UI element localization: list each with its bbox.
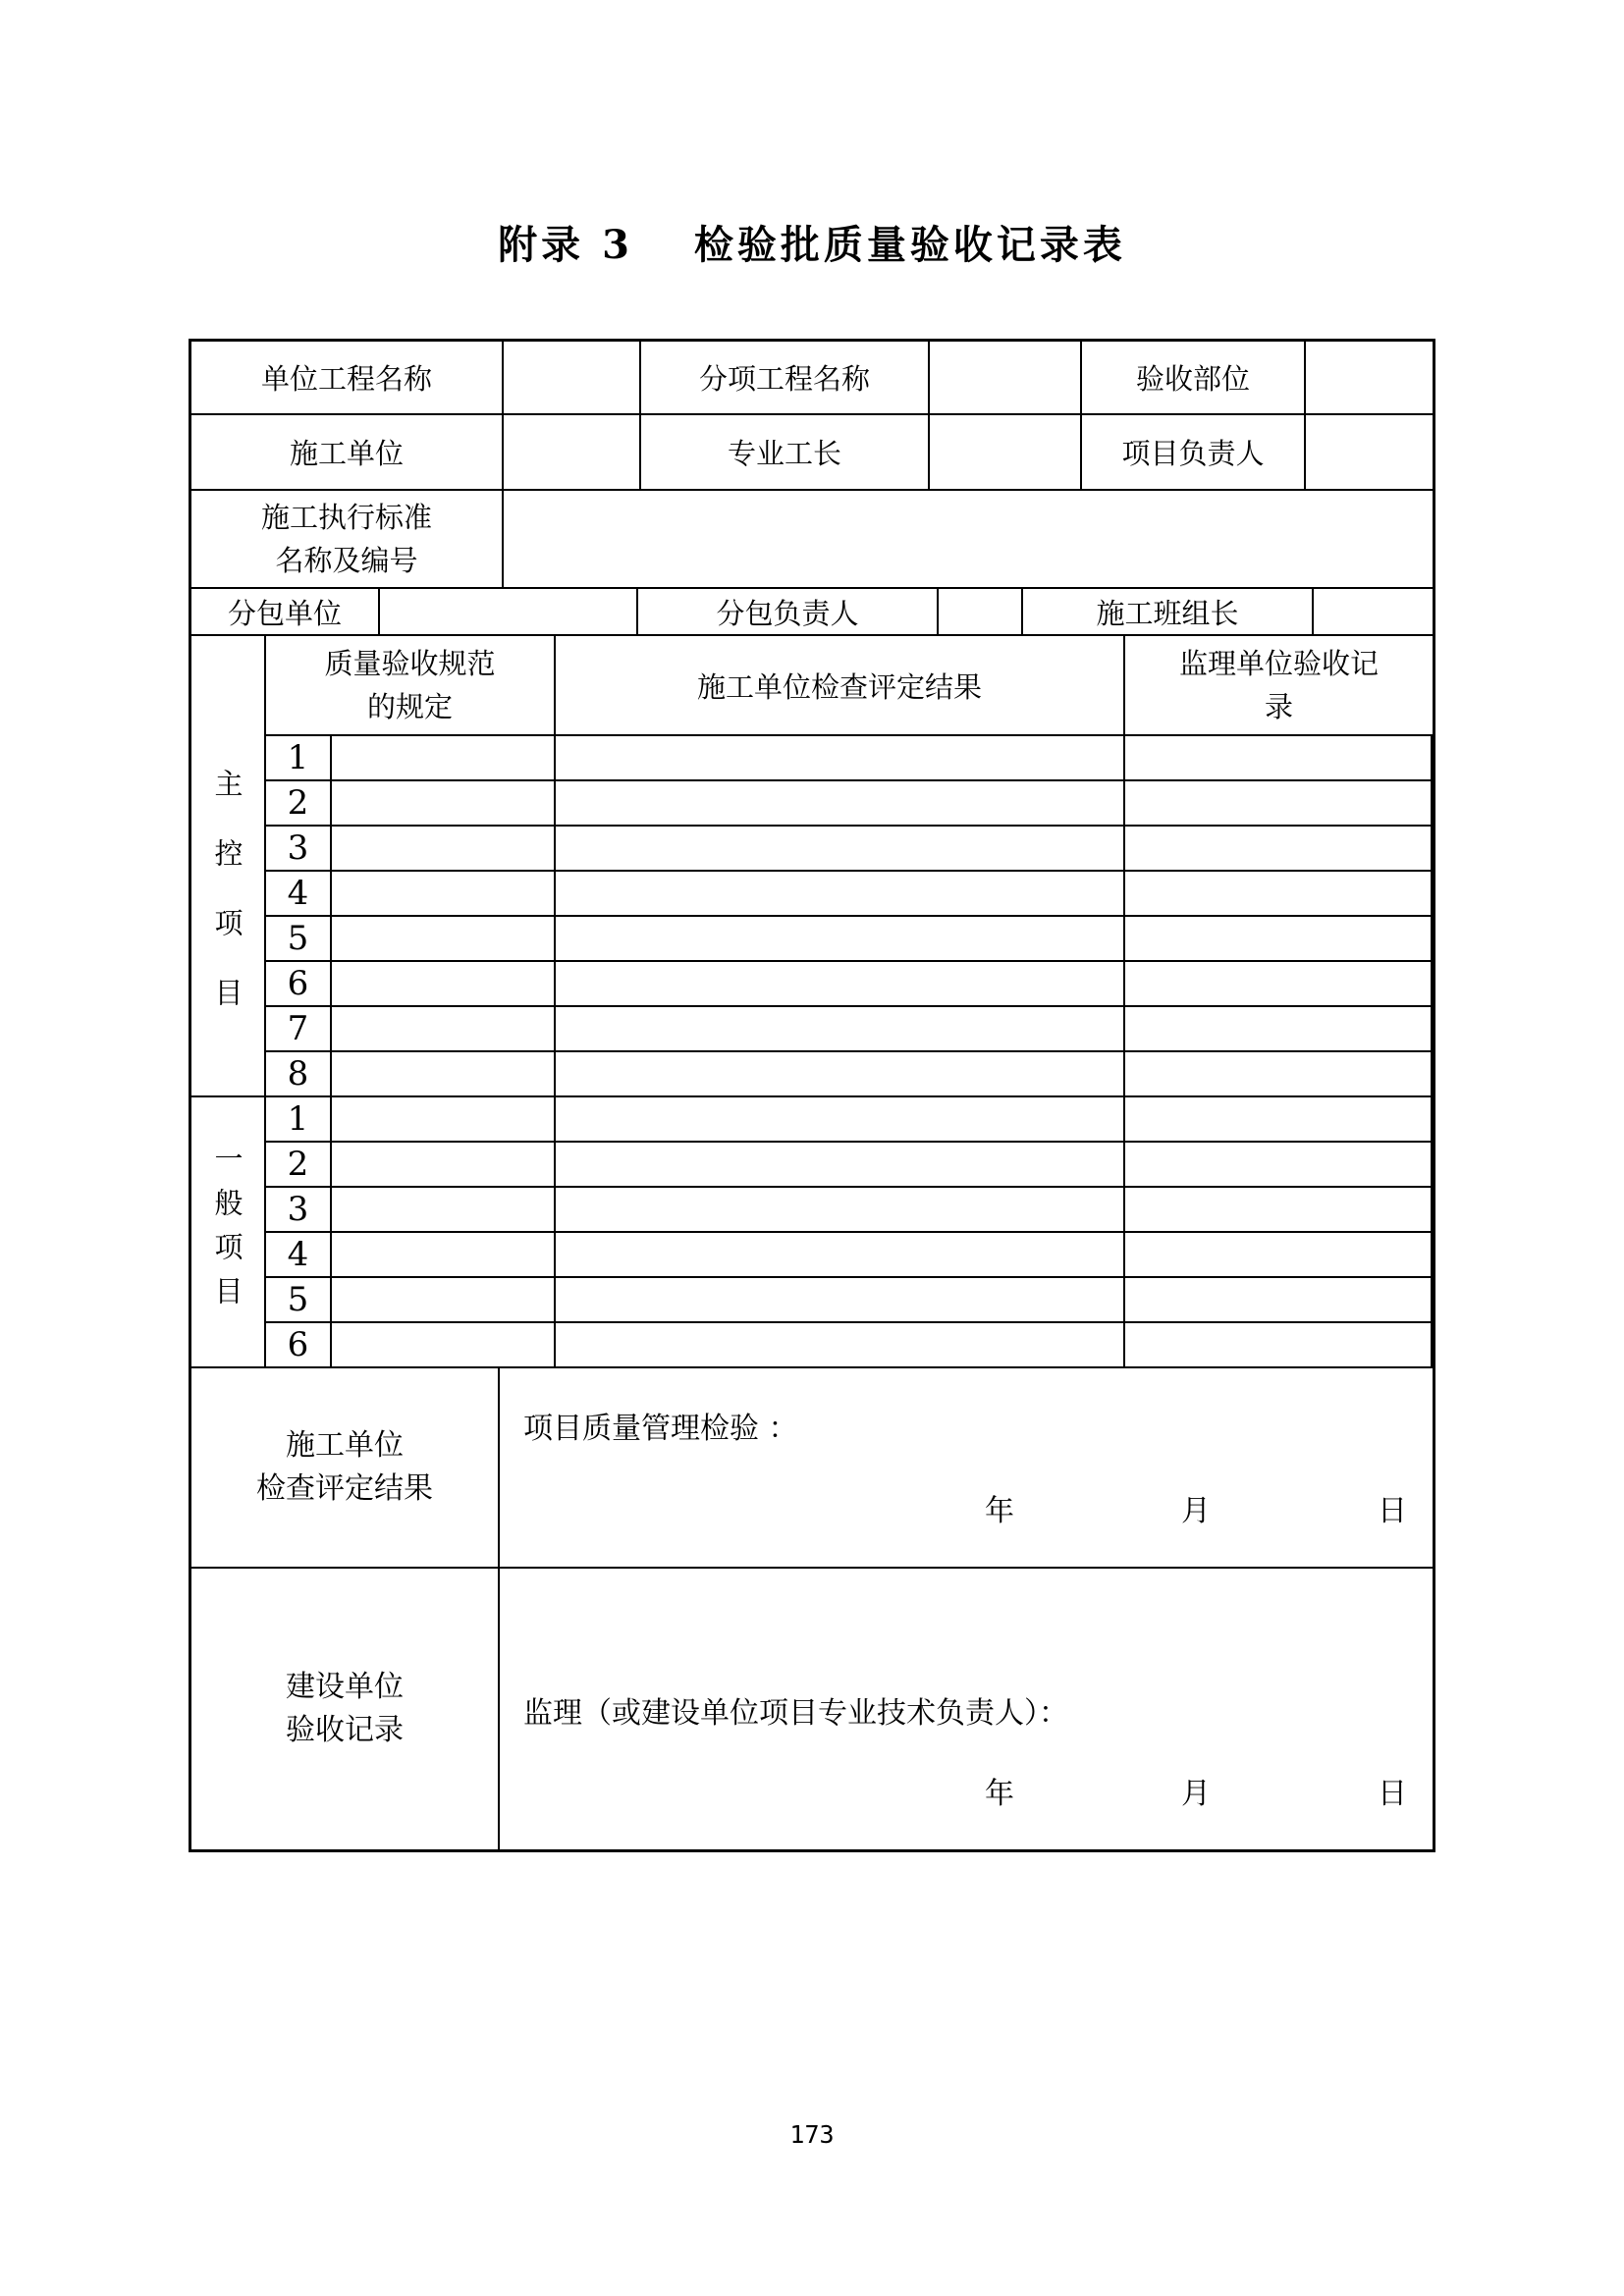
supervision-record-cell — [1125, 1323, 1433, 1368]
item-row: 6 — [266, 1323, 1433, 1368]
supervision-record-cell — [1125, 1007, 1433, 1052]
day-label: 日 — [1378, 1486, 1407, 1529]
spec-requirement-cell — [332, 781, 556, 827]
check-result-cell — [556, 962, 1125, 1007]
grid-header-row: 质量验收规范 的规定 施工单位检查评定结果 监理单位验收记 录 — [266, 636, 1433, 736]
spec-requirement-cell — [332, 1278, 556, 1323]
year-label: 年 — [985, 1769, 1014, 1812]
builder-check-result-label: 施工单位 检查评定结果 — [191, 1368, 500, 1569]
spec-requirement-cell — [332, 962, 556, 1007]
spec-requirement-cell — [332, 917, 556, 962]
construction-unit-label: 施工单位 — [191, 415, 504, 491]
check-result-cell — [556, 872, 1125, 917]
item-number-cell: 6 — [266, 1323, 332, 1368]
item-row: 2 — [266, 781, 1433, 827]
supervision-record-header: 监理单位验收记 录 — [1125, 636, 1433, 736]
owner-date-line: 年 月 日 — [500, 1769, 1433, 1849]
item-number-cell: 1 — [266, 1097, 332, 1143]
quality-management-check-line: 项目质量管理检验 ： — [500, 1368, 1433, 1447]
item-number-cell: 6 — [266, 962, 332, 1007]
item-row: 3 — [266, 827, 1433, 872]
supervision-record-cell — [1125, 736, 1433, 781]
owner-acceptance-record-content: 监理（或建设单位项目专业技术负责人）： 年 月 日 — [500, 1569, 1433, 1849]
info-row-unit-project: 单位工程名称 分项工程名称 验收部位 — [191, 342, 1433, 415]
check-result-cell — [556, 917, 1125, 962]
execution-standard-label: 施工执行标准 名称及编号 — [191, 491, 504, 589]
subcontractor-label: 分包单位 — [191, 589, 380, 636]
construction-crew-leader-value — [1314, 589, 1433, 636]
check-result-cell — [556, 1233, 1125, 1278]
item-row: 6 — [266, 962, 1433, 1007]
page-title: 附录 3 检验批质量验收记录表 — [0, 214, 1624, 270]
supervision-record-cell — [1125, 917, 1433, 962]
check-result-cell — [556, 736, 1125, 781]
subcontract-manager-value — [939, 589, 1023, 636]
sub-item-project-name-label: 分项工程名称 — [641, 342, 930, 415]
spec-requirement-cell — [332, 1323, 556, 1368]
construction-crew-leader-label: 施工班组长 — [1023, 589, 1314, 636]
project-manager-label: 项目负责人 — [1082, 415, 1306, 491]
supervision-record-cell — [1125, 1278, 1433, 1323]
info-row-construction-unit: 施工单位 专业工长 项目负责人 — [191, 415, 1433, 491]
document-page: 附录 3 检验批质量验收记录表 单位工程名称 分项工程名称 验收部位 施工单位 … — [0, 0, 1624, 2296]
item-row: 2 — [266, 1143, 1433, 1188]
item-number-cell: 4 — [266, 1233, 332, 1278]
supervision-record-cell — [1125, 1188, 1433, 1233]
professional-foreman-value — [930, 415, 1082, 491]
builder-check-result-content: 项目质量管理检验 ： 年 月 日 — [500, 1368, 1433, 1569]
item-row: 5 — [266, 917, 1433, 962]
professional-foreman-label: 专业工长 — [641, 415, 930, 491]
item-row: 1 — [266, 736, 1433, 781]
supervision-record-cell — [1125, 1097, 1433, 1143]
supervision-record-cell — [1125, 781, 1433, 827]
project-manager-value — [1306, 415, 1433, 491]
item-number-cell: 7 — [266, 1007, 332, 1052]
owner-acceptance-record-label: 建设单位 验收记录 — [191, 1569, 500, 1849]
supervision-record-cell — [1125, 1233, 1433, 1278]
item-row: 7 — [266, 1007, 1433, 1052]
check-result-cell — [556, 1097, 1125, 1143]
supervisor-signature-line: 监理（或建设单位项目专业技术负责人）： — [500, 1569, 1433, 1732]
item-number-cell: 8 — [266, 1052, 332, 1097]
builder-check-result-section: 施工单位 检查评定结果 项目质量管理检验 ： 年 月 日 — [191, 1368, 1433, 1569]
general-items-label: 一般项目 — [191, 1097, 266, 1368]
item-number-cell: 1 — [266, 736, 332, 781]
info-row-subcontractor: 分包单位 分包负责人 施工班组长 — [191, 589, 1433, 636]
item-row: 3 — [266, 1188, 1433, 1233]
supervision-record-cell — [1125, 1052, 1433, 1097]
info-row-execution-standard: 施工执行标准 名称及编号 — [191, 491, 1433, 589]
item-number-cell: 3 — [266, 827, 332, 872]
sub-item-project-name-value — [930, 342, 1082, 415]
check-result-cell — [556, 827, 1125, 872]
item-number-cell: 2 — [266, 1143, 332, 1188]
execution-standard-value — [504, 491, 1433, 589]
spec-requirement-cell — [332, 1188, 556, 1233]
spec-requirement-cell — [332, 736, 556, 781]
check-result-cell — [556, 1052, 1125, 1097]
item-number-cell: 2 — [266, 781, 332, 827]
owner-acceptance-record-section: 建设单位 验收记录 监理（或建设单位项目专业技术负责人）： 年 月 日 — [191, 1569, 1433, 1849]
item-row: 5 — [266, 1278, 1433, 1323]
check-result-cell — [556, 1143, 1125, 1188]
year-label: 年 — [985, 1486, 1014, 1529]
check-result-cell — [556, 781, 1125, 827]
item-row: 8 — [266, 1052, 1433, 1097]
subcontract-manager-label: 分包负责人 — [638, 589, 939, 636]
spec-requirements-header: 质量验收规范 的规定 — [266, 636, 556, 736]
construction-unit-result-header: 施工单位检查评定结果 — [556, 636, 1125, 736]
spec-requirement-cell — [332, 1233, 556, 1278]
spec-requirement-cell — [332, 1097, 556, 1143]
check-result-cell — [556, 1188, 1125, 1233]
item-row: 4 — [266, 1233, 1433, 1278]
builder-date-line: 年 月 日 — [500, 1486, 1433, 1567]
acceptance-part-label: 验收部位 — [1082, 342, 1306, 415]
construction-unit-value — [504, 415, 641, 491]
item-category-column: 主控项目 一般项目 — [191, 636, 266, 1368]
check-result-cell — [556, 1278, 1125, 1323]
item-number-cell: 4 — [266, 872, 332, 917]
spec-requirement-cell — [332, 827, 556, 872]
acceptance-part-value — [1306, 342, 1433, 415]
supervision-record-cell — [1125, 1143, 1433, 1188]
check-result-cell — [556, 1007, 1125, 1052]
day-label: 日 — [1378, 1769, 1407, 1812]
check-result-cell — [556, 1323, 1125, 1368]
spec-requirement-cell — [332, 1052, 556, 1097]
item-row: 1 — [266, 1097, 1433, 1143]
item-number-cell: 5 — [266, 917, 332, 962]
page-number: 173 — [0, 2120, 1624, 2149]
month-label: 月 — [1181, 1486, 1211, 1529]
spec-requirement-cell — [332, 1007, 556, 1052]
item-number-cell: 5 — [266, 1278, 332, 1323]
supervision-record-cell — [1125, 962, 1433, 1007]
spec-requirement-cell — [332, 1143, 556, 1188]
subcontractor-value — [380, 589, 638, 636]
grid-rows: 质量验收规范 的规定 施工单位检查评定结果 监理单位验收记 录 12345678… — [266, 636, 1433, 1368]
item-number-cell: 3 — [266, 1188, 332, 1233]
unit-project-name-value — [504, 342, 641, 415]
item-row: 4 — [266, 872, 1433, 917]
acceptance-record-table: 单位工程名称 分项工程名称 验收部位 施工单位 专业工长 项目负责人 施工执行标… — [189, 339, 1435, 1852]
supervision-record-cell — [1125, 872, 1433, 917]
month-label: 月 — [1181, 1769, 1211, 1812]
inspection-grid: 主控项目 一般项目 质量验收规范 的规定 施工单位检查评定结果 — [191, 636, 1433, 1368]
spec-requirement-cell — [332, 872, 556, 917]
main-control-items-label: 主控项目 — [191, 636, 266, 1097]
unit-project-name-label: 单位工程名称 — [191, 342, 504, 415]
supervision-record-cell — [1125, 827, 1433, 872]
